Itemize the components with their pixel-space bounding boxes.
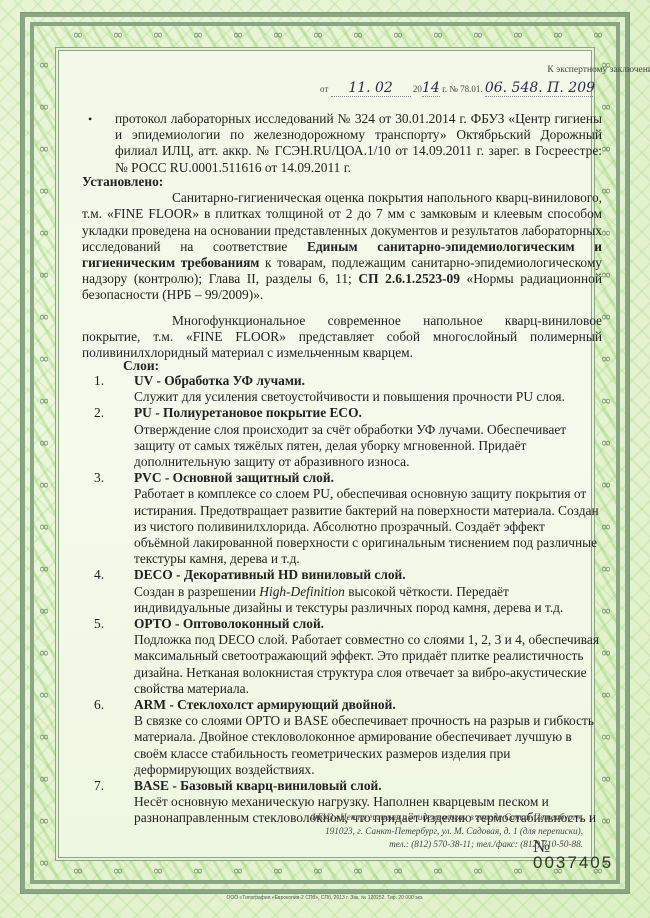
knot-ornament-icon: ∞ xyxy=(36,522,52,534)
number-label: г. № 78.01. xyxy=(442,84,483,94)
knot-ornament-icon: ∞ xyxy=(36,690,52,702)
knot-ornament-icon: ∞ xyxy=(350,30,366,42)
knot-ornament-icon: ∞ xyxy=(270,866,286,878)
layer-number: 1. xyxy=(94,373,104,389)
layer-description-pre: Создан в разрешении xyxy=(134,584,259,599)
protocol-text: протокол лабораторных исследований № 324… xyxy=(115,111,602,175)
from-label: от xyxy=(320,84,328,94)
layer-description: Служит для усиления светоустойчивости и … xyxy=(134,389,601,405)
knot-ornament-icon: ∞ xyxy=(36,480,52,492)
knot-ornament-icon: ∞ xyxy=(470,866,486,878)
knot-ornament-icon: ∞ xyxy=(36,102,52,114)
knot-ornament-icon: ∞ xyxy=(36,396,52,408)
knot-ornament-icon: ∞ xyxy=(36,732,52,744)
layer-description: Подложка под DECO слой. Работает совмест… xyxy=(134,632,601,697)
knot-ornament-icon: ∞ xyxy=(390,866,406,878)
layer-number: 6. xyxy=(94,697,104,713)
layer-item: 2.PU - Полиуретановое покрытие ECO.Отвер… xyxy=(89,405,601,470)
knot-ornament-icon: ∞ xyxy=(270,30,286,42)
knot-ornament-icon: ∞ xyxy=(36,270,52,282)
established-bold-2: СП 2.6.1.2523-09 xyxy=(358,271,459,286)
layer-number: 3. xyxy=(94,470,104,486)
layers-title: Слои: xyxy=(123,358,159,374)
form-number-value: 0037405 xyxy=(533,853,613,872)
knot-ornament-icon: ∞ xyxy=(36,60,52,72)
knot-ornament-icon: ∞ xyxy=(390,30,406,42)
protocol-list-item: • протокол лабораторных исследований № 3… xyxy=(115,111,602,176)
knot-ornament-icon: ∞ xyxy=(36,186,52,198)
established-text: Санитарно-гигиеническая оценка покрытия … xyxy=(82,190,602,303)
knot-ornament-icon: ∞ xyxy=(510,866,526,878)
knot-ornament-icon: ∞ xyxy=(430,30,446,42)
layer-title: UV - Обработка УФ лучами. xyxy=(134,373,601,389)
reference-line: от 11. 02 2014 г. № 78.01. 06. 548. П. 2… xyxy=(320,80,600,97)
knot-ornament-icon: ∞ xyxy=(36,606,52,618)
layer-title: OPTO - Оптоволоконный слой. xyxy=(134,616,601,632)
layers-list: 1.UV - Обработка УФ лучами.Служит для ус… xyxy=(89,373,601,827)
knot-ornament-icon: ∞ xyxy=(190,866,206,878)
knot-ornament-icon: ∞ xyxy=(36,228,52,240)
knot-ornament-icon: ∞ xyxy=(150,30,166,42)
layer-item: 1.UV - Обработка УФ лучами.Служит для ус… xyxy=(89,373,601,405)
layer-title: PU - Полиуретановое покрытие ECO. xyxy=(134,405,601,421)
established-title: Установлено: xyxy=(82,174,602,190)
bullet-icon: • xyxy=(88,111,92,127)
knot-ornament-icon: ∞ xyxy=(310,866,326,878)
knot-ornament-icon: ∞ xyxy=(550,30,566,42)
intro-paragraph: Многофункциональное современное напольно… xyxy=(82,313,602,362)
layer-description: Создан в разрешении High-Definition высо… xyxy=(134,584,601,616)
layer-description: Работает в комплексе со слоем PU, обеспе… xyxy=(134,486,601,567)
knot-ornament-icon: ∞ xyxy=(36,816,52,828)
layer-title: DECO - Декоративный HD виниловый слой. xyxy=(134,567,601,583)
issuer-line-1: ФБУЗ «Центр гигиены и эпидемиологии в го… xyxy=(300,811,583,825)
handwritten-number: 06. 548. П. 209 xyxy=(485,80,595,97)
knot-ornament-icon: ∞ xyxy=(310,30,326,42)
expert-conclusion-caption: К экспертному заключению xyxy=(547,65,650,75)
layer-item: 6.ARM - Стеклохолст армирующий двойной.В… xyxy=(89,697,601,778)
year-prefix: 20 xyxy=(413,84,422,94)
issuer-line-3: тел.: (812) 570-38-11; тел./факс: (812) … xyxy=(300,838,583,852)
knot-ornament-icon: ∞ xyxy=(36,774,52,786)
handwritten-date: 11. 02 xyxy=(331,80,411,97)
layer-item: 3.PVC - Основной защитный слой.Работает … xyxy=(89,470,601,567)
knot-ornament-icon: ∞ xyxy=(36,354,52,366)
knot-ornament-icon: ∞ xyxy=(36,438,52,450)
knot-ornament-icon: ∞ xyxy=(470,30,486,42)
layer-item: 4.DECO - Декоративный HD виниловый слой.… xyxy=(89,567,601,616)
knot-ornament-icon: ∞ xyxy=(430,866,446,878)
layer-description: В связке со слоями OPTO и BASE обеспечив… xyxy=(134,713,601,778)
knot-ornament-icon: ∞ xyxy=(150,866,166,878)
layer-number: 4. xyxy=(94,567,104,583)
layer-description: Отверждение слоя происходит за счёт обра… xyxy=(134,422,601,471)
knot-ornament-icon: ∞ xyxy=(190,30,206,42)
established-section: Установлено: Санитарно-гигиеническая оце… xyxy=(82,174,602,304)
knot-ornament-icon: ∞ xyxy=(110,866,126,878)
knot-ornament-icon: ∞ xyxy=(590,30,606,42)
knot-ornament-icon: ∞ xyxy=(36,648,52,660)
knot-ornament-icon: ∞ xyxy=(510,30,526,42)
knot-ornament-icon: ∞ xyxy=(36,144,52,156)
layer-title: BASE - Базовый кварц-виниловый слой. xyxy=(134,778,601,794)
layer-number: 7. xyxy=(94,778,104,794)
header-caption-block: К экспертному заключению xyxy=(375,60,650,78)
knot-ornament-icon: ∞ xyxy=(230,30,246,42)
knot-ornament-icon: ∞ xyxy=(110,30,126,42)
layer-title: PVC - Основной защитный слой. xyxy=(134,470,601,486)
knot-ornament-icon: ∞ xyxy=(350,866,366,878)
layer-item: 5.OPTO - Оптоволоконный слой.Подложка по… xyxy=(89,616,601,697)
issuer-line-2: 191023, г. Санкт-Петербург, ул. М. Садов… xyxy=(300,825,583,839)
layer-number: 5. xyxy=(94,616,104,632)
layer-description-italic: High-Definition xyxy=(259,584,345,599)
handwritten-year: 14 xyxy=(422,80,440,97)
knot-ornament-icon: ∞ xyxy=(36,312,52,324)
printer-imprint: ООО «Типография «Еврокопия-2 СПб», СПб, … xyxy=(0,895,650,901)
knot-ornament-icon: ∞ xyxy=(70,30,86,42)
issuer-address: ФБУЗ «Центр гигиены и эпидемиологии в го… xyxy=(300,811,583,852)
layer-title: ARM - Стеклохолст армирующий двойной. xyxy=(134,697,601,713)
knot-ornament-icon: ∞ xyxy=(230,866,246,878)
layer-number: 2. xyxy=(94,405,104,421)
knot-ornament-icon: ∞ xyxy=(36,858,52,870)
knot-ornament-icon: ∞ xyxy=(70,866,86,878)
knot-ornament-icon: ∞ xyxy=(36,564,52,576)
